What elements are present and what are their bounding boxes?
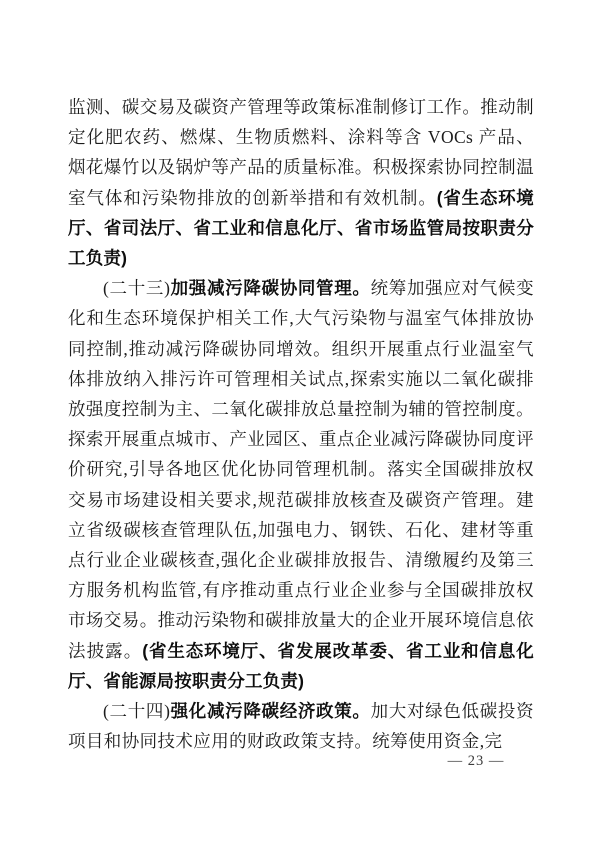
document-body: 监测、碳交易及碳资产管理等政策标准制修订工作。推动制定化肥农药、燃煤、生物质燃料… <box>68 92 534 756</box>
item-number: (二十四) <box>103 701 170 721</box>
item-body-text: 统筹加强应对气候变化和生态环境保护相关工作,大气污染物与温室气体排放协同控制,推… <box>68 278 534 660</box>
paragraph-item-23: (二十三)加强减污降碳协同管理。统筹加强应对气候变化和生态环境保护相关工作,大气… <box>68 273 534 696</box>
document-page: 监测、碳交易及碳资产管理等政策标准制修订工作。推动制定化肥农药、燃煤、生物质燃料… <box>0 0 600 848</box>
item-heading: 加强减污降碳协同管理。 <box>170 278 370 298</box>
item-number: (二十三) <box>103 278 170 298</box>
item-heading: 强化减污降碳经济政策。 <box>170 701 370 721</box>
paragraph-continuation: 监测、碳交易及碳资产管理等政策标准制修订工作。推动制定化肥农药、燃煤、生物质燃料… <box>68 92 534 273</box>
page-number: — 23 — <box>438 753 514 770</box>
paragraph-item-24: (二十四)强化减污降碳经济政策。加大对绿色低碳投资项目和协同技术应用的财政政策支… <box>68 696 534 756</box>
